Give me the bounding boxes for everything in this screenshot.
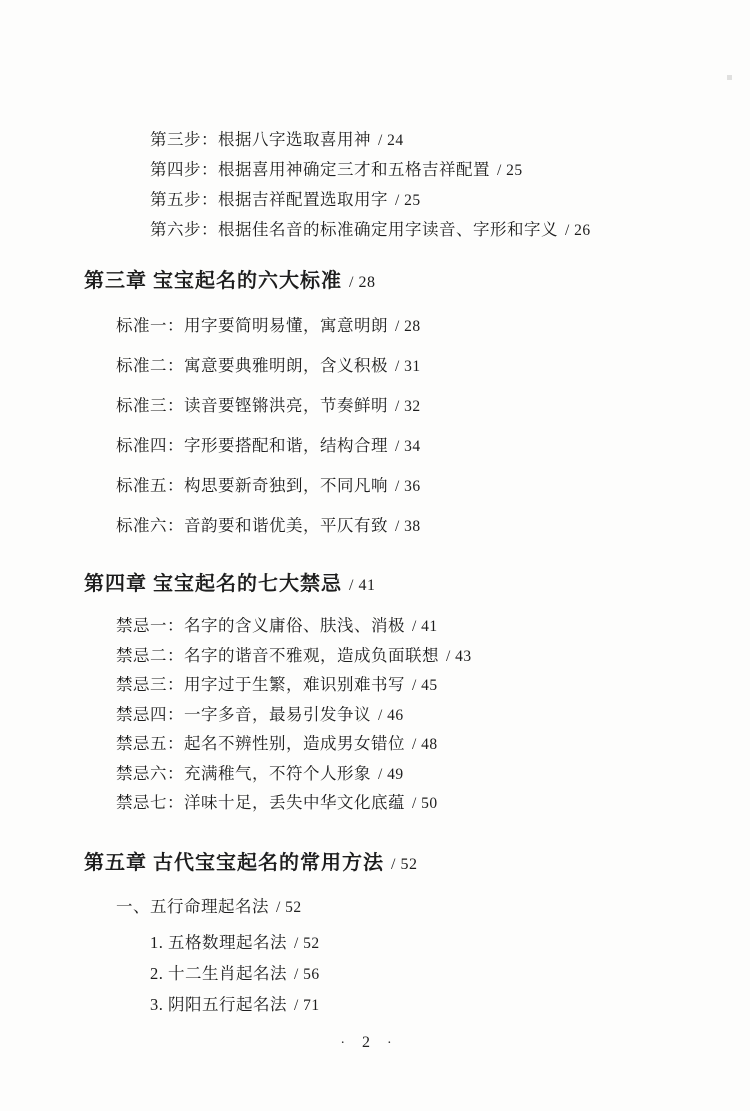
- toc-entry: 标准五：构思要新奇独到，不同凡响/ 36: [0, 466, 750, 506]
- toc-entry: 禁忌一：名字的含义庸俗、肤浅、消极/ 41: [0, 612, 750, 642]
- toc-entry-page-ref: / 25: [395, 192, 421, 209]
- toc-entry-text: 标准二：寓意要典雅明朗，含义积极: [116, 356, 388, 375]
- toc-entry-page-ref: / 26: [565, 222, 591, 239]
- toc-entry: 标准一：用字要简明易懂，寓意明朗/ 28: [0, 306, 750, 346]
- toc-entry-page-ref: / 38: [395, 518, 421, 535]
- chapter-page-ref: / 52: [391, 856, 417, 873]
- toc-entry-text: 标准五：构思要新奇独到，不同凡响: [116, 476, 388, 495]
- toc-entry-page-ref: / 28: [395, 318, 421, 335]
- book-page: 第三步：根据八字选取喜用神/ 24第四步：根据喜用神确定三才和五格吉祥配置/ 2…: [0, 0, 750, 1111]
- toc-entry: 标准二：寓意要典雅明朗，含义积极/ 31: [0, 346, 750, 386]
- chapter-title: 第五章 古代宝宝起名的常用方法: [84, 852, 384, 874]
- toc-entry-text: 1. 五格数理起名法: [150, 933, 287, 952]
- toc-entry: 3. 阴阳五行起名法/ 71: [0, 990, 750, 1021]
- toc-entry-text: 标准四：字形要搭配和谐，结构合理: [116, 436, 388, 455]
- footer-page-number: 2: [362, 1034, 370, 1052]
- toc-entry-page-ref: / 52: [294, 935, 320, 952]
- toc-entry-text: 禁忌二：名字的谐音不雅观，造成负面联想: [116, 646, 439, 665]
- toc-entry-page-ref: / 49: [378, 766, 404, 783]
- chapter-page-ref: / 28: [349, 274, 375, 291]
- chapter-title: 第四章 宝宝起名的七大禁忌: [84, 573, 342, 595]
- toc-entry: 标准四：字形要搭配和谐，结构合理/ 34: [0, 426, 750, 466]
- toc-entry: 禁忌四：一字多音，最易引发争议/ 46: [0, 701, 750, 731]
- page-footer: · 2 ·: [0, 1034, 741, 1052]
- toc-entry-text: 一、五行命理起名法: [116, 897, 269, 916]
- toc-entry: 禁忌三：用字过于生繁，难识别难书写/ 45: [0, 671, 750, 701]
- toc: 第三步：根据八字选取喜用神/ 24第四步：根据喜用神确定三才和五格吉祥配置/ 2…: [0, 0, 750, 1021]
- toc-entry-text: 第六步：根据佳名音的标准确定用字读音、字形和字义: [150, 220, 558, 239]
- toc-entry-text: 禁忌六：充满稚气，不符个人形象: [116, 764, 371, 783]
- toc-entry-text: 禁忌一：名字的含义庸俗、肤浅、消极: [116, 616, 405, 635]
- chapter-heading: 第三章 宝宝起名的六大标准/ 28: [0, 268, 750, 296]
- toc-entry-page-ref: / 25: [497, 162, 523, 179]
- toc-entry-text: 标准三：读音要铿锵洪亮，节奏鲜明: [116, 396, 388, 415]
- toc-entry-page-ref: / 45: [412, 677, 438, 694]
- toc-entry-page-ref: / 48: [412, 736, 438, 753]
- toc-entry-text: 标准一：用字要简明易懂，寓意明朗: [116, 316, 388, 335]
- toc-entry: 禁忌六：充满稚气，不符个人形象/ 49: [0, 760, 750, 790]
- toc-item-list: 标准一：用字要简明易懂，寓意明朗/ 28标准二：寓意要典雅明朗，含义积极/ 31…: [0, 306, 750, 546]
- toc-entry-page-ref: / 36: [395, 478, 421, 495]
- toc-entry-page-ref: / 24: [378, 132, 404, 149]
- toc-entry-page-ref: / 50: [412, 795, 438, 812]
- chapter-page-ref: / 41: [349, 577, 375, 594]
- toc-entry-text: 第四步：根据喜用神确定三才和五格吉祥配置: [150, 160, 490, 179]
- chapter-title: 第三章 宝宝起名的六大标准: [84, 270, 342, 292]
- toc-entry-text: 第五步：根据吉祥配置选取用字: [150, 190, 388, 209]
- toc-entry-text: 禁忌七：洋味十足，丢失中华文化底蕴: [116, 793, 405, 812]
- toc-entry-page-ref: / 32: [395, 398, 421, 415]
- toc-entry-page-ref: / 43: [446, 648, 472, 665]
- toc-entry: 第四步：根据喜用神确定三才和五格吉祥配置/ 25: [0, 155, 750, 185]
- toc-section: 第四章 宝宝起名的七大禁忌/ 41禁忌一：名字的含义庸俗、肤浅、消极/ 41禁忌…: [0, 571, 750, 819]
- toc-entry: 2. 十二生肖起名法/ 56: [0, 959, 750, 990]
- toc-entry-text: 标准六：音韵要和谐优美，平仄有致: [116, 516, 388, 535]
- footer-left-dot: ·: [340, 1036, 345, 1052]
- toc-entry: 一、五行命理起名法/ 52: [0, 891, 750, 923]
- toc-section: 第三章 宝宝起名的六大标准/ 28标准一：用字要简明易懂，寓意明朗/ 28标准二…: [0, 268, 750, 546]
- toc-entry: 标准三：读音要铿锵洪亮，节奏鲜明/ 32: [0, 386, 750, 426]
- toc-entry-text: 2. 十二生肖起名法: [150, 964, 287, 983]
- toc-entry-text: 第三步：根据八字选取喜用神: [150, 130, 371, 149]
- toc-entry: 第五步：根据吉祥配置选取用字/ 25: [0, 185, 750, 215]
- toc-entry-page-ref: / 71: [294, 997, 320, 1014]
- toc-item-list: 禁忌一：名字的含义庸俗、肤浅、消极/ 41禁忌二：名字的谐音不雅观，造成负面联想…: [0, 612, 750, 819]
- toc-entry-page-ref: / 56: [294, 966, 320, 983]
- toc-entry: 禁忌二：名字的谐音不雅观，造成负面联想/ 43: [0, 642, 750, 672]
- toc-entry: 标准六：音韵要和谐优美，平仄有致/ 38: [0, 506, 750, 546]
- toc-entry: 第三步：根据八字选取喜用神/ 24: [0, 125, 750, 155]
- toc-entry-page-ref: / 46: [378, 707, 404, 724]
- toc-item-list: 第三步：根据八字选取喜用神/ 24第四步：根据喜用神确定三才和五格吉祥配置/ 2…: [0, 125, 750, 245]
- toc-entry-page-ref: / 31: [395, 358, 421, 375]
- toc-entry: 1. 五格数理起名法/ 52: [0, 928, 750, 959]
- toc-section: 第五章 古代宝宝起名的常用方法/ 52一、五行命理起名法/ 521. 五格数理起…: [0, 850, 750, 1021]
- toc-section: 第三步：根据八字选取喜用神/ 24第四步：根据喜用神确定三才和五格吉祥配置/ 2…: [0, 125, 750, 245]
- toc-entry-text: 3. 阴阳五行起名法: [150, 995, 287, 1014]
- toc-entry-page-ref: / 34: [395, 438, 421, 455]
- toc-entry: 第六步：根据佳名音的标准确定用字读音、字形和字义/ 26: [0, 215, 750, 245]
- chapter-heading: 第四章 宝宝起名的七大禁忌/ 41: [0, 571, 750, 599]
- chapter-heading: 第五章 古代宝宝起名的常用方法/ 52: [0, 850, 750, 878]
- toc-entry-text: 禁忌五：起名不辨性别，造成男女错位: [116, 734, 405, 753]
- toc-entry: 禁忌五：起名不辨性别，造成男女错位/ 48: [0, 730, 750, 760]
- footer-right-dot: ·: [387, 1036, 392, 1052]
- toc-entry-text: 禁忌三：用字过于生繁，难识别难书写: [116, 675, 405, 694]
- toc-entry-page-ref: / 41: [412, 618, 438, 635]
- toc-entry-page-ref: / 52: [276, 899, 302, 916]
- toc-item-list: 一、五行命理起名法/ 521. 五格数理起名法/ 522. 十二生肖起名法/ 5…: [0, 891, 750, 1021]
- toc-entry-text: 禁忌四：一字多音，最易引发争议: [116, 705, 371, 724]
- toc-entry: 禁忌七：洋味十足，丢失中华文化底蕴/ 50: [0, 789, 750, 819]
